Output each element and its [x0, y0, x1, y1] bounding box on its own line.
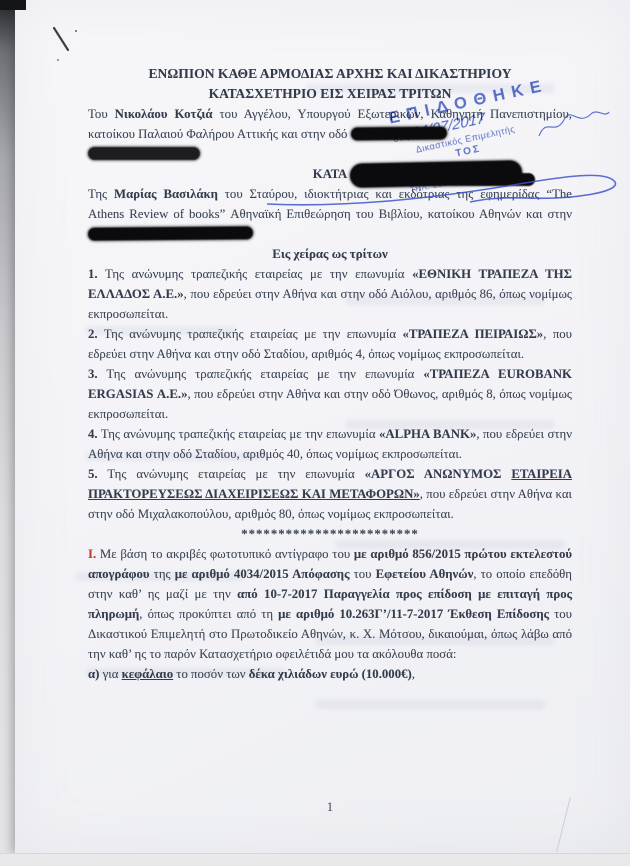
document-title-line1: ΕΝΩΠΙΟΝ ΚΑΘΕ ΑΡΜΟΔΙΑΣ ΑΡΧΗΣ ΚΑΙ ΔΙΚΑΣΤΗΡ…	[88, 64, 572, 84]
handwriting-scribble	[535, 106, 615, 146]
garnishee-item-2: 2. Της ανώνυμης τραπεζικής εταιρείας με …	[88, 324, 572, 364]
garnishee-item-5: 5. Της ανώνυμης εταιρείας με την επωνυμί…	[88, 464, 572, 524]
asterisk-separator: ************************	[88, 524, 572, 544]
redaction-bar	[88, 226, 253, 240]
signature-swoosh	[255, 158, 630, 228]
garnishees-subheading: Εις χείρας ως τρίτων	[88, 244, 572, 264]
garnishee-item-3: 3. Της ανώνυμης τραπεζικής εταιρείας με …	[88, 364, 572, 424]
bleedthrough-artifact	[315, 700, 545, 709]
claim-item-a: α) για κεφάλαιο το ποσόν των δέκα χιλιάδ…	[88, 664, 572, 684]
pen-mark	[40, 20, 90, 65]
scan-corner-artifact	[0, 0, 26, 10]
redaction-bar	[351, 126, 447, 140]
scan-edge-bottom	[0, 853, 630, 866]
scan-edge-left	[0, 0, 16, 866]
page-number: 1	[88, 797, 572, 817]
garnishee-item-1: 1. Της ανώνυμης τραπεζικής εταιρείας με …	[88, 264, 572, 324]
paper-sheet: ΕΠΙΔΟΘΗΚΕ στις24/07/2017 Δικαστικός Επιμ…	[15, 0, 630, 853]
claim-intro-paragraph: I. Με βάση το ακριβές φωτοτυπικό αντίγρα…	[88, 544, 572, 664]
redaction-bar	[88, 147, 200, 160]
garnishee-item-4: 4. Της ανώνυμης τραπεζικής εταιρείας με …	[88, 424, 572, 464]
